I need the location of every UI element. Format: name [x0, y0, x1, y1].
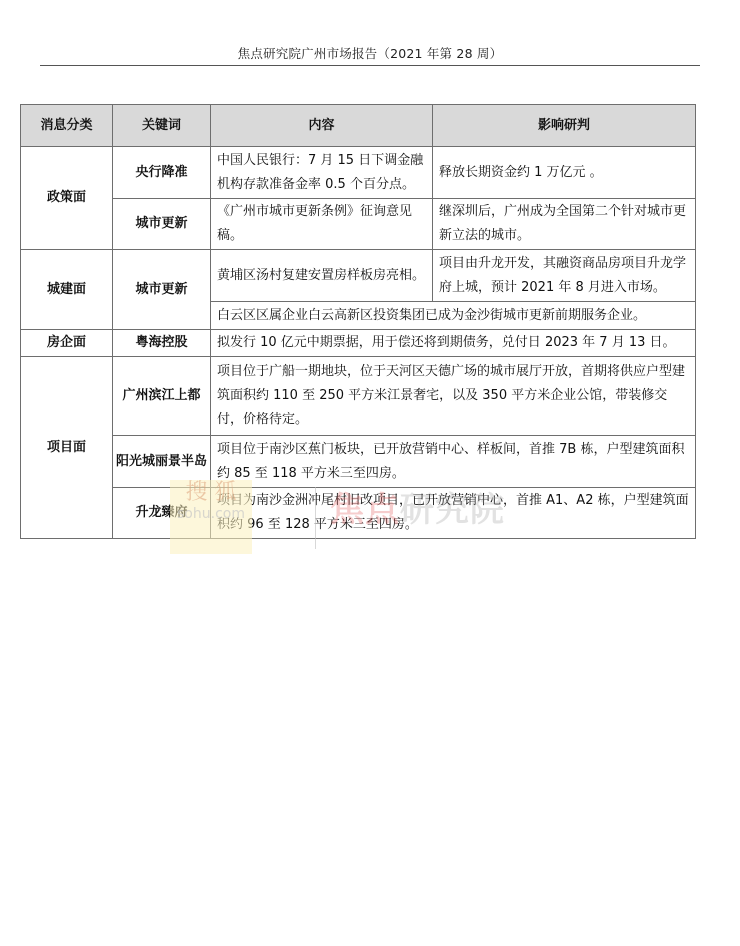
category-cell: 城建面: [21, 250, 113, 330]
table-row: 政策面 央行降准 中国人民银行：7 月 15 日下调金融机构存款准备金率 0.5…: [21, 147, 696, 199]
content-cell: 中国人民银行：7 月 15 日下调金融机构存款准备金率 0.5 个百分点。: [211, 147, 433, 199]
header-rule: [40, 65, 700, 66]
table-row: 城市更新 《广州市城市更新条例》征询意见稿。 继深圳后，广州成为全国第二个针对城…: [21, 199, 696, 250]
content-cell: 黄埔区汤村复建安置房样板房亮相。: [211, 250, 433, 302]
header-keyword: 关键词: [113, 105, 211, 147]
keyword-cell: 央行降准: [113, 147, 211, 199]
keyword-cell: 粤海控股: [113, 330, 211, 357]
table-row: 城建面 城市更新 黄埔区汤村复建安置房样板房亮相。 项目由升龙开发，其融资商品房…: [21, 250, 696, 302]
merged-content-cell: 白云区区属企业白云高新区投资集团已成为金沙街城市更新前期服务企业。: [211, 302, 696, 330]
keyword-cell: 城市更新: [113, 250, 211, 330]
impact-cell: 项目由升龙开发，其融资商品房项目升龙学府上城，预计 2021 年 8 月进入市场…: [433, 250, 696, 302]
merged-content-cell: 项目位于广船一期地块，位于天河区天德广场的城市展厅开放，首期将供应户型建筑面积约…: [211, 357, 696, 436]
table-header-row: 消息分类 关键词 内容 影响研判: [21, 105, 696, 147]
merged-content-cell: 拟发行 10 亿元中期票据，用于偿还将到期债务，兑付日 2023 年 7 月 1…: [211, 330, 696, 357]
merged-content-cell: 项目为南沙金洲冲尾村旧改项目，已开放营销中心，首推 A1、A2 栋，户型建筑面积…: [211, 488, 696, 539]
category-cell: 房企面: [21, 330, 113, 357]
content-cell: 《广州市城市更新条例》征询意见稿。: [211, 199, 433, 250]
header-content: 内容: [211, 105, 433, 147]
keyword-cell: 阳光城丽景半岛: [113, 436, 211, 488]
keyword-cell: 广州滨江上都: [113, 357, 211, 436]
header-category: 消息分类: [21, 105, 113, 147]
market-news-table: 消息分类 关键词 内容 影响研判 政策面 央行降准 中国人民银行：7 月 15 …: [20, 104, 696, 539]
table-row: 项目面 广州滨江上都 项目位于广船一期地块，位于天河区天德广场的城市展厅开放，首…: [21, 357, 696, 436]
running-header: 焦点研究院广州市场报告（2021 年第 28 周）: [40, 44, 700, 62]
header-impact: 影响研判: [433, 105, 696, 147]
table-row: 阳光城丽景半岛 项目位于南沙区蕉门板块，已开放营销中心、样板间，首推 7B 栋，…: [21, 436, 696, 488]
table-row: 升龙臻府 项目为南沙金洲冲尾村旧改项目，已开放营销中心，首推 A1、A2 栋，户…: [21, 488, 696, 539]
category-cell: 项目面: [21, 357, 113, 539]
impact-cell: 释放长期资金约 1 万亿元 。: [433, 147, 696, 199]
table-row: 房企面 粤海控股 拟发行 10 亿元中期票据，用于偿还将到期债务，兑付日 202…: [21, 330, 696, 357]
merged-content-cell: 项目位于南沙区蕉门板块，已开放营销中心、样板间，首推 7B 栋，户型建筑面积约 …: [211, 436, 696, 488]
keyword-cell: 升龙臻府: [113, 488, 211, 539]
impact-cell: 继深圳后，广州成为全国第二个针对城市更新立法的城市。: [433, 199, 696, 250]
category-cell: 政策面: [21, 147, 113, 250]
keyword-cell: 城市更新: [113, 199, 211, 250]
